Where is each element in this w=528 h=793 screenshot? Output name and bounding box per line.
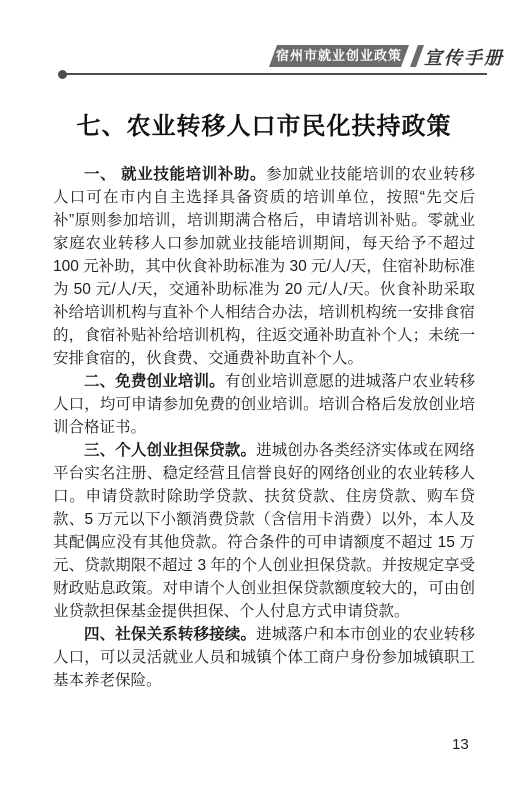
page-title: 七、农业转移人口市民化扶持政策 [0, 106, 528, 141]
policy-paragraph-2: 二、免费创业培训。有创业培训意愿的进城落户农业转移人口，均可申请参加免费的创业培… [53, 370, 475, 439]
handbook-label: 宣传手册 [424, 44, 504, 70]
policy-paragraph-1-text: 参加就业技能培训的农业转移人口可在市内自主选择具备资质的培训单位，按照“先交后补… [53, 166, 475, 367]
series-badge-label: 宿州市就业创业政策 [273, 45, 405, 67]
policy-paragraph-1: 一、 就业技能培训补助。参加就业技能培训的农业转移人口可在市内自主选择具备资质的… [53, 163, 475, 370]
header-rule [60, 73, 487, 75]
policy-paragraph-1-lead: 一、 就业技能培训补助。 [84, 166, 266, 183]
document-page: 宿州市就业创业政策 宣传手册 七、农业转移人口市民化扶持政策 一、 就业技能培训… [0, 0, 528, 793]
policy-paragraph-3-lead: 三、个人创业担保贷款。 [84, 442, 256, 459]
policy-paragraph-3-text: 进城创办各类经济实体或在网络平台实名注册、稳定经营且信誉良好的网络创业的农业转移… [53, 442, 475, 620]
policy-content: 一、 就业技能培训补助。参加就业技能培训的农业转移人口可在市内自主选择具备资质的… [53, 163, 475, 692]
policy-paragraph-2-lead: 二、免费创业培训。 [84, 373, 225, 390]
series-badge: 宿州市就业创业政策 [269, 45, 409, 67]
badge-slash-decoration [410, 45, 424, 67]
policy-paragraph-4: 四、社保关系转移接续。进城落户和本市创业的农业转移人口，可以灵活就业人员和城镇个… [53, 623, 475, 692]
policy-paragraph-3: 三、个人创业担保贷款。进城创办各类经济实体或在网络平台实名注册、稳定经营且信誉良… [53, 439, 475, 623]
page-number: 13 [452, 736, 469, 753]
policy-paragraph-4-lead: 四、社保关系转移接续。 [84, 626, 256, 643]
